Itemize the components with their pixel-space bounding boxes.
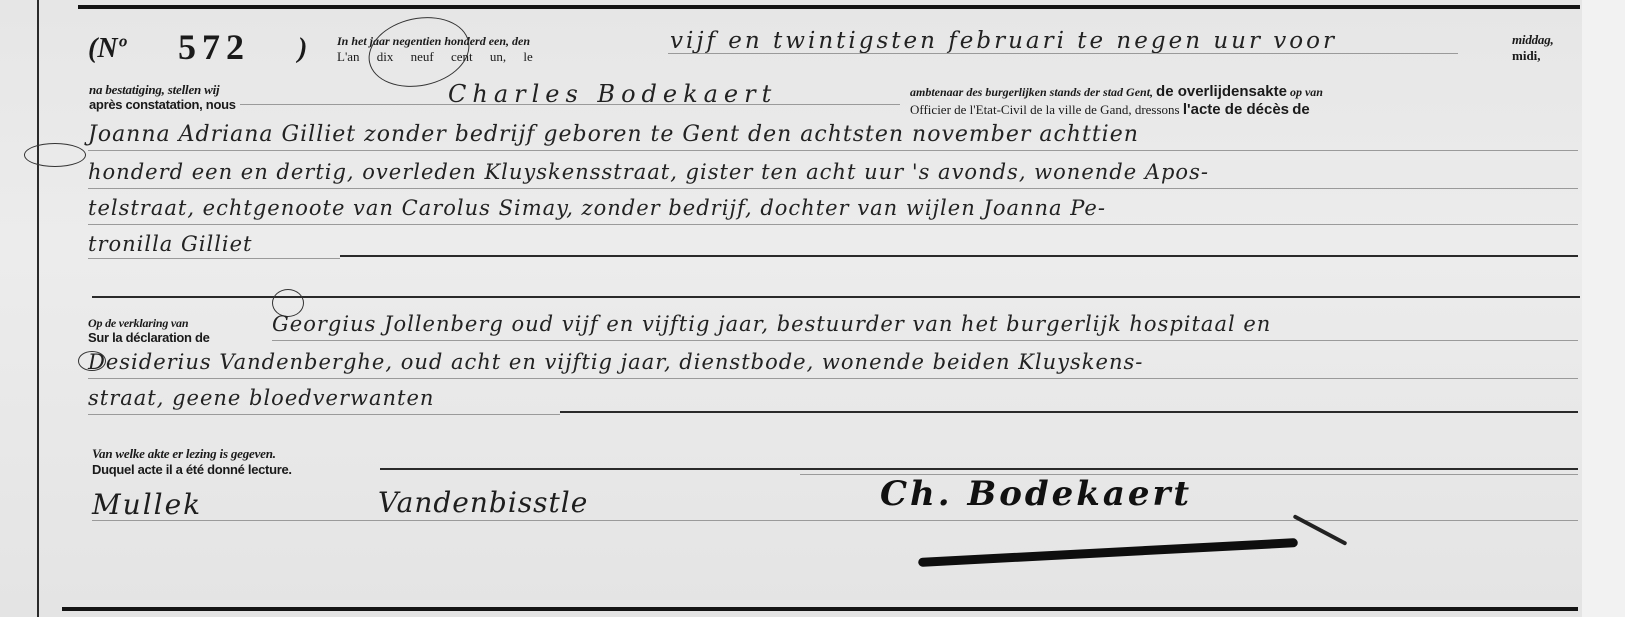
bestatiging-fr: après constatation, nous [89, 97, 236, 112]
date-line [668, 53, 1458, 54]
op-van-nl: op van [1290, 85, 1323, 99]
closing-label-fr: Duquel acte il a été donné lecture. [92, 462, 292, 477]
signature-flourish-tail [1293, 514, 1348, 546]
declaration-line-1: Georgius Jollenberg oud vijf en vijftig … [272, 312, 1271, 336]
officer-line [240, 104, 900, 105]
deceased-line-1: Joanna Adriana Gilliet zonder bedrijf ge… [88, 122, 1139, 147]
officer-signature: Ch. Bodekaert [880, 474, 1192, 514]
declaration-line-3: straat, geene bloedverwanten [88, 386, 434, 410]
middag-nl: middag, [1512, 32, 1554, 48]
bestatiging-nl: na bestatiging, stellen wij [89, 82, 219, 98]
signature-underline-flourish [918, 538, 1298, 567]
signature-line [92, 520, 1578, 521]
declaration-end-rule [560, 411, 1578, 413]
de-fr: de [1292, 101, 1310, 118]
ambtenaar-nl: ambtenaar des burgerlijken stands der st… [910, 83, 1323, 100]
officier-fr: Officier de l'Etat-Civil de la ville de … [910, 101, 1310, 118]
acte-fr: l'acte de décès [1183, 101, 1289, 118]
declaration-label-fr: Sur la déclaration de [88, 330, 210, 345]
witness-1-signature: Mullek [92, 488, 202, 521]
deceased-line-4: tronilla Gilliet [88, 232, 253, 256]
deceased-line-3: telstraat, echtgenoote van Carolus Simay… [88, 196, 1106, 220]
closing-label-nl: Van welke akte er lezing is gegeven. [92, 446, 276, 462]
closing-rule [380, 468, 1578, 470]
left-margin-rule [37, 0, 39, 617]
initial-flourish [24, 143, 86, 167]
ruled-line [272, 340, 1578, 341]
midi-fr: midi, [1512, 48, 1541, 64]
ambtenaar-text: ambtenaar des burgerlijken stands der st… [910, 85, 1153, 99]
ruled-line [88, 224, 1578, 225]
certificate-page: (Nº 572 ) In het jaar negentien honderd … [0, 0, 1625, 617]
akte-nl: de overlijdensakte [1156, 83, 1287, 100]
certificate-number: 572 [178, 26, 250, 68]
ruled-line [88, 150, 1578, 151]
officier-text: Officier de l'Etat-Civil de la ville de … [910, 102, 1180, 117]
section-rule [92, 296, 1580, 298]
deceased-line-2: honderd een en dertig, overleden Kluyske… [88, 160, 1209, 184]
ruled-line [88, 258, 340, 259]
page-edge [1582, 0, 1625, 617]
number-suffix: ) [298, 33, 307, 65]
top-rule [78, 5, 1580, 9]
deceased-end-rule [340, 255, 1578, 257]
bottom-rule [62, 607, 1578, 611]
ruled-line [88, 188, 1578, 189]
declaration-label-nl: Op de verklaring van [88, 316, 188, 331]
ruled-line [88, 378, 1578, 379]
ruled-line [88, 414, 560, 415]
date-handwritten: vijf en twintigsten februari te negen uu… [670, 28, 1337, 54]
declaration-line-2: Desiderius Vandenberghe, oud acht en vij… [88, 350, 1143, 374]
number-prefix: (Nº [88, 33, 126, 65]
witness-2-signature: Vandenbisstle [378, 486, 588, 519]
